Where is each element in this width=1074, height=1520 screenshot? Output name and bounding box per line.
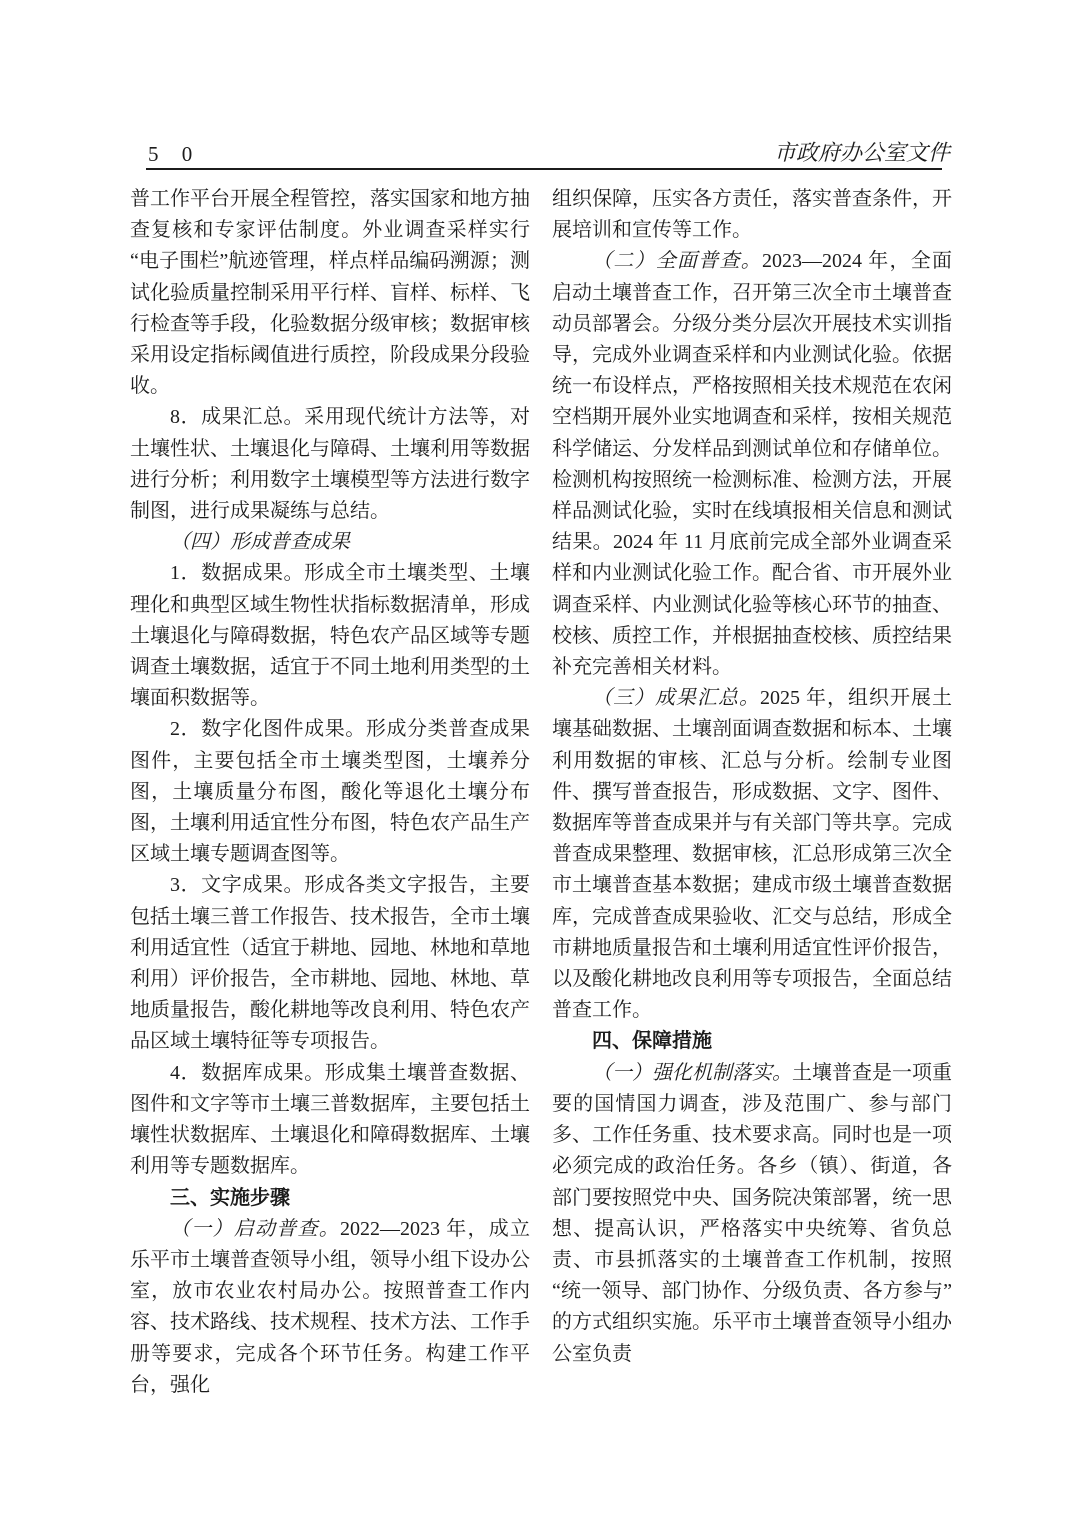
body-text: 三、实施步骤	[170, 1187, 290, 1209]
body-text: 3．文字成果。形成各类文字报告，主要包括土壤三普工作报告、技术报告，全市土壤利用…	[130, 874, 530, 1052]
body-text: 组织保障，压实各方责任，落实普查条件，开展培训和宣传等工作。	[552, 188, 952, 241]
kai-lead-text: （四）形成普查成果	[170, 531, 350, 553]
paragraph: 8．成果汇总。采用现代统计方法等，对土壤性状、土壤退化与障碍、土壤利用等数据进行…	[130, 402, 530, 527]
body-text: 8．成果汇总。采用现代统计方法等，对土壤性状、土壤退化与障碍、土壤利用等数据进行…	[130, 406, 530, 522]
paragraph: 1．数据成果。形成全市土壤类型、土壤理化和典型区域生物性状指标数据清单，形成土壤…	[130, 558, 530, 714]
kai-lead-text: （一）启动普查。	[170, 1218, 340, 1240]
body-text: 土壤普查是一项重要的国情国力调查，涉及范围广、参与部门多、工作任务重、技术要求高…	[552, 1062, 952, 1365]
page-header: 5 0 市政府办公室文件	[148, 136, 950, 168]
paragraph: 4．数据库成果。形成集土壤普查数据、图件和文字等市土壤三普数据库，主要包括土壤性…	[130, 1058, 530, 1183]
header-rule	[146, 168, 942, 170]
paragraph: 2．数字化图件成果。形成分类普查成果图件，主要包括全市土壤类型图，土壤养分图，土…	[130, 714, 530, 870]
body-text: 四、保障措施	[592, 1030, 712, 1052]
body-text: 4．数据库成果。形成集土壤普查数据、图件和文字等市土壤三普数据库，主要包括土壤性…	[130, 1062, 530, 1178]
paragraph: 3．文字成果。形成各类文字报告，主要包括土壤三普工作报告、技术报告，全市土壤利用…	[130, 870, 530, 1057]
body-text: 普工作平台开展全程管控，落实国家和地方抽查复核和专家评估制度。外业调查采样实行“…	[130, 188, 530, 397]
paragraph: （三）成果汇总。2025 年，组织开展土壤基础数据、土壤剖面调查数据和标本、土壤…	[552, 683, 952, 1026]
kai-lead-text: （一）强化机制落实。	[592, 1062, 792, 1084]
body-text: 1．数据成果。形成全市土壤类型、土壤理化和典型区域生物性状指标数据清单，形成土壤…	[130, 562, 530, 709]
document-page: 5 0 市政府办公室文件 普工作平台开展全程管控，落实国家和地方抽查复核和专家评…	[0, 0, 1074, 1520]
paragraph: 组织保障，压实各方责任，落实普查条件，开展培训和宣传等工作。	[552, 184, 952, 246]
document-body: 普工作平台开展全程管控，落实国家和地方抽查复核和专家评估制度。外业调查采样实行“…	[130, 184, 952, 1401]
paragraph: （四）形成普查成果	[130, 527, 530, 558]
header-doc-category: 市政府办公室文件	[774, 142, 950, 168]
section-heading: 三、实施步骤	[130, 1183, 530, 1214]
kai-lead-text: （二）全面普查。	[592, 250, 762, 272]
left-column: 普工作平台开展全程管控，落实国家和地方抽查复核和专家评估制度。外业调查采样实行“…	[130, 184, 530, 1401]
paragraph: （二）全面普查。2023—2024 年，全面启动土壤普查工作，召开第三次全市土壤…	[552, 246, 952, 683]
body-text: 2．数字化图件成果。形成分类普查成果图件，主要包括全市土壤类型图，土壤养分图，土…	[130, 718, 530, 865]
body-text: 2025 年，组织开展土壤基础数据、土壤剖面调查数据和标本、土壤利用数据的审核、…	[552, 687, 952, 1021]
page-number: 5 0	[148, 144, 201, 168]
paragraph: （一）启动普查。2022—2023 年，成立乐平市土壤普查领导小组，领导小组下设…	[130, 1214, 530, 1401]
right-column: 组织保障，压实各方责任，落实普查条件，开展培训和宣传等工作。（二）全面普查。20…	[552, 184, 952, 1401]
body-text: 2023—2024 年，全面启动土壤普查工作，召开第三次全市土壤普查动员部署会。…	[552, 250, 952, 678]
paragraph: （一）强化机制落实。土壤普查是一项重要的国情国力调查，涉及范围广、参与部门多、工…	[552, 1058, 952, 1370]
paragraph: 普工作平台开展全程管控，落实国家和地方抽查复核和专家评估制度。外业调查采样实行“…	[130, 184, 530, 402]
section-heading: 四、保障措施	[552, 1026, 952, 1057]
body-text: 2022—2023 年，成立乐平市土壤普查领导小组，领导小组下设办公室，放市农业…	[130, 1218, 530, 1396]
kai-lead-text: （三）成果汇总。	[592, 687, 760, 709]
